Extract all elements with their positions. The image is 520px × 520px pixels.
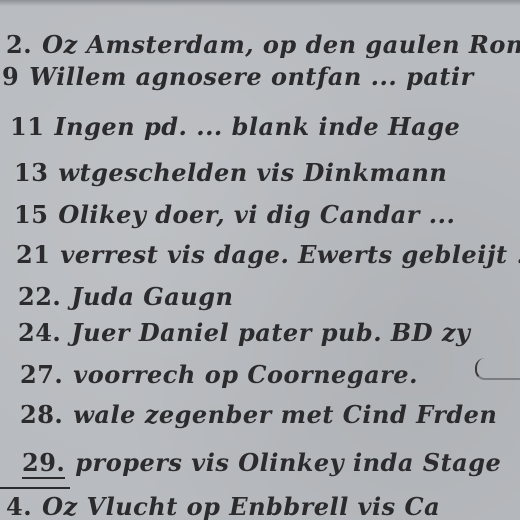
entry-date: 4. [6,492,32,520]
entry-text: verrest vis dage. Ewerts gebleijt ... [60,240,520,269]
entry-text: Juer Daniel pater pub. BD zy [71,318,470,347]
entry-line: 21verrest vis dage. Ewerts gebleijt ... [16,240,520,269]
entry-line: 24.Juer Daniel pater pub. BD zy [18,318,470,347]
entry-date: 24. [18,318,61,347]
entry-text: wale zegenber met Cind Frden [73,400,497,429]
entry-date: 27. [20,360,63,389]
entry-date: 2. [6,30,32,59]
entry-line: 11Ingen pd. ... blank inde Hage [10,112,460,141]
entry-text: Willem agnosere ontfan ... patir [29,62,474,91]
entry-line: 15Olikey doer, vi dig Candar ... [14,200,455,229]
entry-date: 11 [10,112,44,141]
entry-text: propers vis Olinkey inda Stage [75,448,501,477]
page-top-edge [0,0,520,6]
entry-date: 22. [18,282,61,311]
entry-text: Ingen pd. ... blank inde Hage [54,112,460,141]
entry-date: 28. [20,400,63,429]
margin-flourish [475,358,520,380]
entry-text: Olikey doer, vi dig Candar ... [58,200,455,229]
entry-text: Juda Gaugn [71,282,233,311]
entry-text: Oz Amsterdam, op den gaulen Rom [42,30,520,59]
entry-line: 9Willem agnosere ontfan ... patir [2,62,474,91]
entry-date: 15 [14,200,48,229]
entry-line: 4.Oz Vlucht op Enbbrell vis Ca [6,492,440,520]
entry-line: 28.wale zegenber met Cind Frden [20,400,497,429]
entry-text: Oz Vlucht op Enbbrell vis Ca [42,492,440,520]
entry-line: 27.voorrech op Coornegare. [20,360,418,389]
entry-line: 13wtgeschelden vis Dinkmann [14,158,447,187]
entry-line: 2.Oz Amsterdam, op den gaulen Rom [6,30,520,59]
entry-line: 29.propers vis Olinkey inda Stage [22,448,501,479]
underline-rule [0,487,70,489]
manuscript-page: 2.Oz Amsterdam, op den gaulen Rom 9Wille… [0,0,520,520]
entry-date: 13 [14,158,48,187]
entry-line: 22.Juda Gaugn [18,282,233,311]
entry-date: 21 [16,240,50,269]
entry-date: 9 [2,62,19,91]
entry-date: 29. [22,448,65,479]
entry-text: voorrech op Coornegare. [73,360,418,389]
entry-text: wtgeschelden vis Dinkmann [58,158,447,187]
